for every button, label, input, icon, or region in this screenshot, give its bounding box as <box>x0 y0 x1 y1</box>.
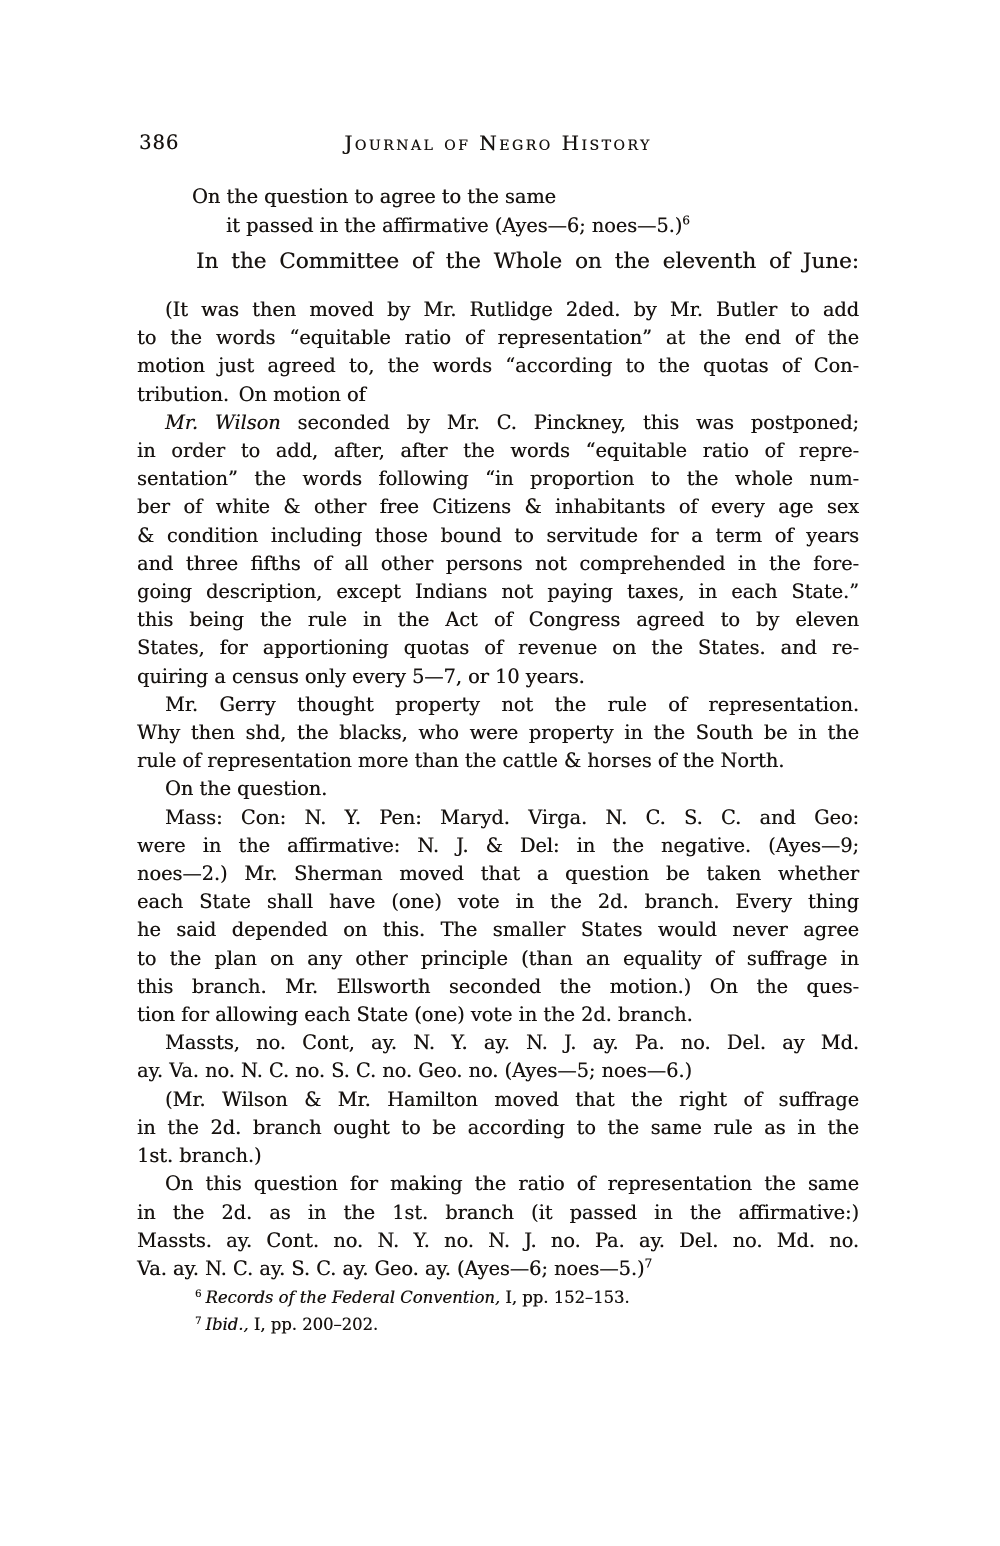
text-line: Mass: Con: N. Y. Pen: Maryd. Virga. N. C… <box>137 804 859 832</box>
text-line: On the question. <box>137 775 859 803</box>
text-line: were in the affirmative: N. J. & Del: in… <box>137 832 859 860</box>
text-line: Va. ay. N. C. ay. S. C. ay. Geo. ay. (Ay… <box>137 1255 859 1283</box>
text-line: to the plan on any other principle (than… <box>137 945 859 973</box>
text-line: (Mr. Wilson & Mr. Hamilton moved that th… <box>137 1086 859 1114</box>
text-line: going description, except Indians not pa… <box>137 578 859 606</box>
footnote-item: 7Ibid., I, pp. 200–202. <box>137 1311 859 1338</box>
text-line: quiring a census only every 5—7, or 10 y… <box>137 663 859 691</box>
text-line: tribution. On motion of <box>137 381 859 409</box>
footnote-item: 6Records of the Federal Convention, I, p… <box>137 1284 859 1311</box>
text-line: Mr. Wilson seconded by Mr. C. Pinckney, … <box>137 409 859 437</box>
footnote-pages: I, pp. 152–153. <box>500 1288 630 1307</box>
text-line: Mr. Gerry thought property not the rule … <box>137 691 859 719</box>
text-line: he said depended on this. The smaller St… <box>137 916 859 944</box>
text-line: this branch. Mr. Ellsworth seconded the … <box>137 973 859 1001</box>
text-line: 1st. branch.) <box>137 1142 859 1170</box>
text-line: in order to add, after, after the words … <box>137 437 859 465</box>
text-line: (It was then moved by Mr. Rutlidge 2ded.… <box>137 296 859 324</box>
page-number: 386 <box>139 130 179 156</box>
text-line: in the 2d. as in the 1st. branch (it pas… <box>137 1199 859 1227</box>
section-heading: In the Committee of the Whole on the ele… <box>137 247 859 277</box>
footnote-marker: 6 <box>195 1289 201 1300</box>
text-line-rest: seconded by Mr. C. Pinckney, this was po… <box>281 411 859 434</box>
footnote-marker: 7 <box>195 1316 201 1327</box>
text-line: Massts, no. Cont, ay. N. Y. ay. N. J. ay… <box>137 1029 859 1057</box>
running-title: Journal of Negro History <box>137 130 859 156</box>
text-line: ay. Va. no. N. C. no. S. C. no. Geo. no.… <box>137 1057 859 1085</box>
text-line: each State shall have (one) vote in the … <box>137 888 859 916</box>
text-line: On this question for making the ratio of… <box>137 1170 859 1198</box>
text-line: this being the rule in the Act of Congre… <box>137 606 859 634</box>
text-line: noes—2.) Mr. Sherman moved that a questi… <box>137 860 859 888</box>
intro-line: On the question to agree to the same <box>192 182 859 211</box>
footnote-source: Ibid., <box>205 1315 248 1334</box>
footnote-pages: I, pp. 200–202. <box>249 1315 379 1334</box>
text-line: in the 2d. branch ought to be according … <box>137 1114 859 1142</box>
intro-line: it passed in the affirmative (Ayes—6; no… <box>226 211 859 240</box>
footnote-marker: 7 <box>644 1256 652 1270</box>
text-line: States, for apportioning quotas of reven… <box>137 634 859 662</box>
page-scan: 386 Journal of Negro History On the ques… <box>0 0 1000 1546</box>
footnote-marker: 6 <box>682 214 690 228</box>
text-line: & condition including those bound to ser… <box>137 522 859 550</box>
speaker-name: Mr. Wilson <box>165 411 281 434</box>
footnotes: 6Records of the Federal Convention, I, p… <box>137 1284 859 1338</box>
text-line: Why then shd, the blacks, who were prope… <box>137 719 859 747</box>
body-text: (It was then moved by Mr. Rutlidge 2ded.… <box>137 296 859 1283</box>
text-line: rule of representation more than the cat… <box>137 747 859 775</box>
text-line-text: Va. ay. N. C. ay. S. C. ay. Geo. ay. (Ay… <box>137 1257 644 1280</box>
intro-line-text: it passed in the affirmative (Ayes—6; no… <box>226 214 682 237</box>
text-line: and three fifths of all other persons no… <box>137 550 859 578</box>
text-line: ber of white & other free Citizens & inh… <box>137 493 859 521</box>
text-line: tion for allowing each State (one) vote … <box>137 1001 859 1029</box>
text-line: Massts. ay. Cont. no. N. Y. no. N. J. no… <box>137 1227 859 1255</box>
text-line: to the words “equitable ratio of represe… <box>137 324 859 352</box>
text-line: sentation” the words following “in propo… <box>137 465 859 493</box>
intro-block: On the question to agree to the same it … <box>137 182 859 240</box>
footnote-source: Records of the Federal Convention, <box>205 1288 500 1307</box>
text-line: motion just agreed to, the words “accord… <box>137 352 859 380</box>
running-header: 386 Journal of Negro History <box>137 130 859 156</box>
